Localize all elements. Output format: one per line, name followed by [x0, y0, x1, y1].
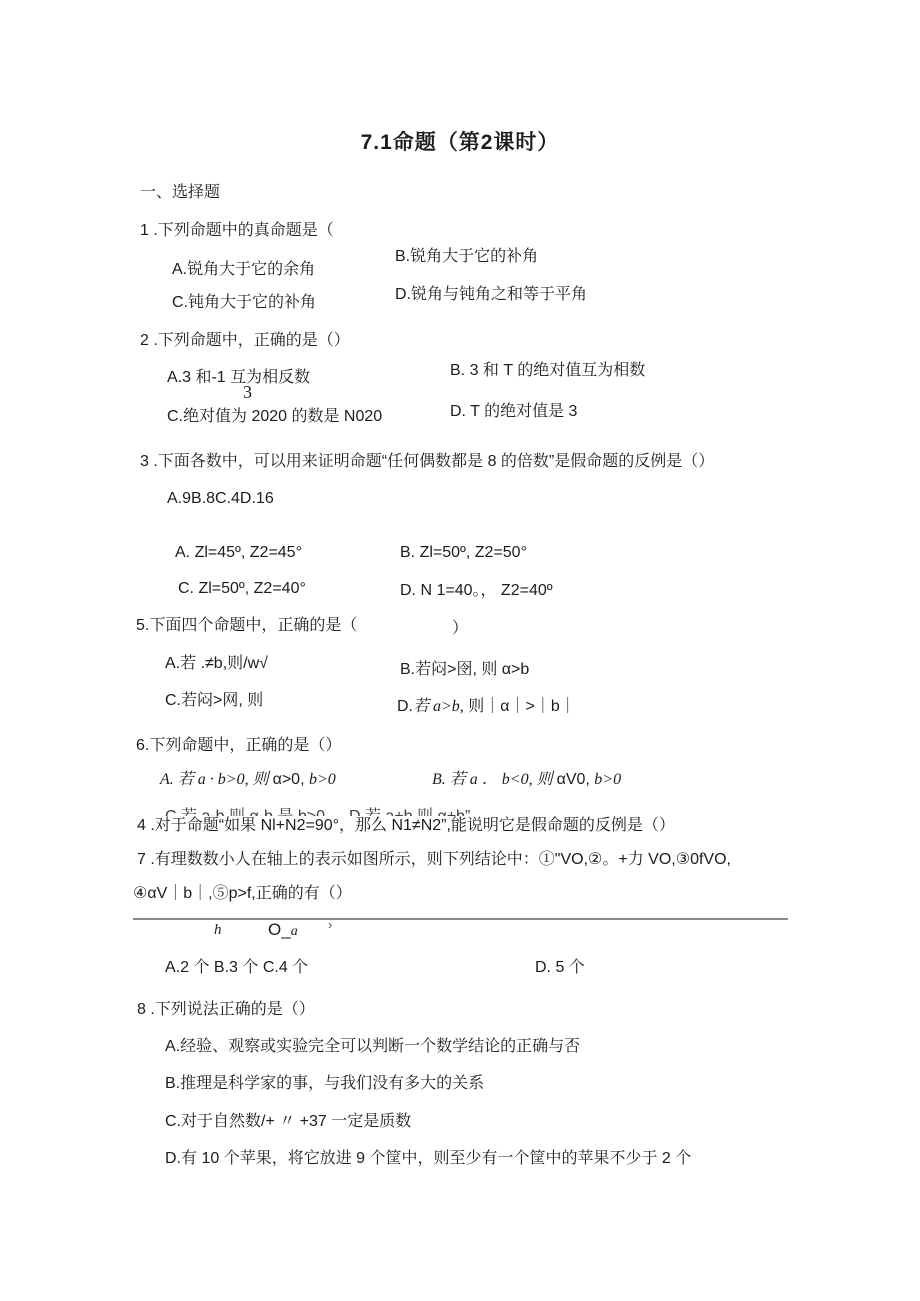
- q5-option-d: D.若 a>b, 则｜α｜>｜b｜: [397, 697, 576, 716]
- number-line: [133, 918, 788, 920]
- q2-option-c: C.绝对值为 2020 的数是 N020: [167, 407, 382, 426]
- page-title: 7.1命题（第2课时）: [0, 126, 920, 156]
- q4-angle-option-c: C. Zl=50º, Z2=40°: [178, 579, 306, 598]
- q4-stem: 4 .对于命题“如果 Nl+N2=90°，那么 N1≠N2”,能说明它是假命题的…: [137, 816, 675, 835]
- q5-option-d-italic: 若 a>b,: [413, 698, 464, 715]
- q2-option-d: D. T 的绝对值是 3: [450, 402, 577, 421]
- q8-option-a: A.经验、观察或实验完全可以判断一个数学结论的正确与否: [165, 1037, 580, 1056]
- q6-option-a-italic2: b>0: [309, 771, 336, 788]
- q8-option-b: B.推理是科学家的事，与我们没有多大的关系: [165, 1074, 484, 1093]
- q4-angle-option-b: B. Zl=50º, Z2=50°: [400, 543, 527, 562]
- q5-stem: 5.下面四个命题中，正确的是（: [136, 616, 357, 635]
- q4-angle-option-a: A. Zl=45º, Z2=45°: [175, 543, 302, 562]
- number-line-label-o: O_a: [268, 920, 298, 941]
- worksheet-page: 7.1命题（第2课时） 一、选择题 1 .下列命题中的真命题是（ A.锐角大于它…: [0, 0, 920, 1301]
- number-line-label-o-text: O_: [268, 920, 291, 939]
- q6-option-a-sans: α>0,: [273, 771, 309, 788]
- section-heading: 一、选择题: [140, 183, 220, 202]
- q5-option-a: A.若 .≠b,则/w√: [165, 654, 268, 673]
- q4-angle-option-d: D. N 1=40。， Z2=40º: [400, 581, 553, 600]
- q6-option-b-italic: B. 若 a ． b<0, 则: [432, 771, 557, 788]
- q5-option-d-rest: 则｜α｜>｜b｜: [464, 698, 576, 715]
- q7-options-abc: A.2 个 B.3 个 C.4 个: [165, 958, 308, 977]
- q5-option-d-prefix: D.: [397, 698, 413, 715]
- q2-stem: 2 .下列命题中，正确的是（）: [140, 331, 350, 350]
- q5-option-b: B.若闷>囹, 则 α>b: [400, 660, 529, 679]
- q7-stem-line1: 7 .有理数数小人在轴上的表示如图所示，则下列结论中：①"VO,②。+力 VO,…: [137, 850, 731, 869]
- q6-stem: 6.下列命题中，正确的是（）: [136, 736, 341, 755]
- clipped-option-row-text: C.若 a·b,则 α·b 是 b>0、 D.若 a+b,则 α+b”,: [165, 808, 475, 816]
- q3-options: A.9B.8C.4D.16: [167, 489, 274, 508]
- q8-option-d: D.有 10 个苹果，将它放进 9 个筐中，则至少有一个筐中的苹果不少于 2 个: [165, 1149, 691, 1168]
- q6-option-a: A. 若 a · b>0, 则 α>0, b>0: [160, 770, 336, 789]
- q8-option-c: C.对于自然数/+ 〃 +37 一定是质数: [165, 1112, 411, 1131]
- clipped-option-row: C.若 a·b,则 α·b 是 b>0、 D.若 a+b,则 α+b”,: [165, 803, 805, 816]
- q5-stem-close-paren: ）: [452, 619, 468, 638]
- q5-option-c: C.若闷>网, 则: [165, 691, 263, 710]
- number-line-label-h: h: [214, 921, 222, 939]
- number-line-label-a: a: [291, 924, 298, 939]
- q3-stem: 3 .下面各数中，可以用来证明命题“任何偶数都是 8 的倍数”是假命题的反例是（…: [140, 452, 714, 471]
- q6-option-b-italic2: b>0: [594, 771, 621, 788]
- q1-option-d: D.锐角与钝角之和等于平角: [395, 285, 587, 304]
- q2-fraction-denominator: 3: [243, 382, 252, 403]
- q6-option-b-sans: αV0,: [557, 771, 595, 788]
- q1-option-a: A.锐角大于它的余角: [172, 260, 315, 279]
- q1-option-b: B.锐角大于它的补角: [395, 247, 538, 266]
- q1-stem: 1 .下列命题中的真命题是（: [140, 221, 334, 240]
- q8-stem: 8 .下列说法正确的是（）: [137, 1000, 315, 1019]
- q2-option-b: B. 3 和 T 的绝对值互为相数: [450, 361, 645, 380]
- q1-option-c: C.钝角大于它的补角: [172, 293, 316, 312]
- q6-option-b: B. 若 a ． b<0, 则 αV0, b>0: [432, 770, 621, 789]
- q7-stem-line2: ④αV｜b｜,⑤p>f,正确的有（）: [133, 884, 352, 903]
- q6-option-a-italic: A. 若 a · b>0, 则: [160, 771, 273, 788]
- q2-option-a: A.3 和-1 互为相反数: [167, 368, 310, 387]
- number-line-arrow-icon: ›: [328, 917, 332, 933]
- q7-option-d: D. 5 个: [535, 958, 585, 977]
